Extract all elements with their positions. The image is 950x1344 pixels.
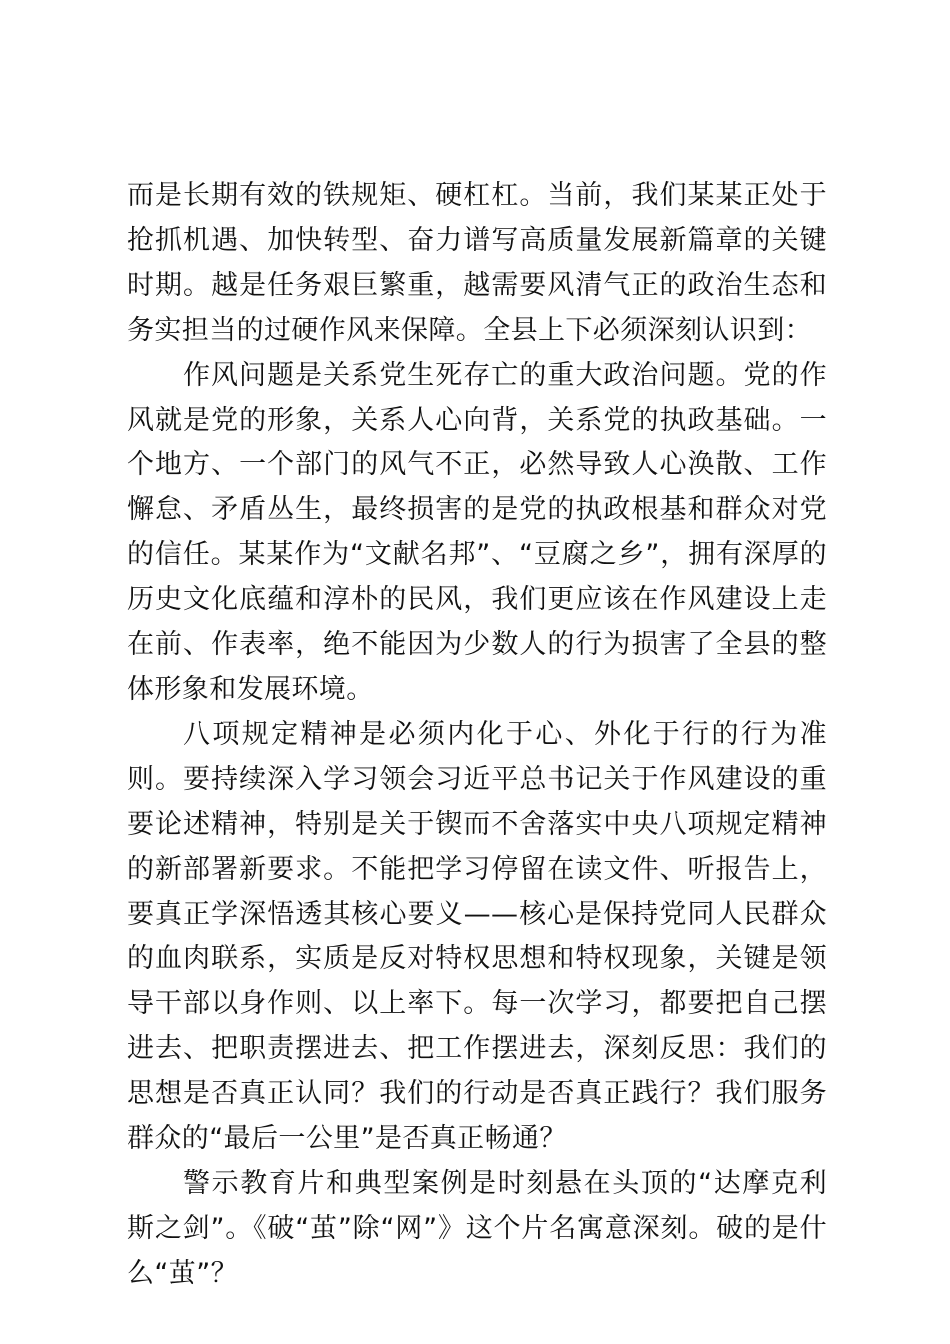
- paragraph-work-style: 作风问题是关系党生死存亡的重大政治问题。党的作风就是党的形象，关系人心向背，关系…: [127, 354, 827, 713]
- document-page: 而是长期有效的铁规矩、硬杠杠。当前，我们某某正处于抢抓机遇、加快转型、奋力谱写高…: [127, 174, 827, 1297]
- paragraph-warning-education: 警示教育片和典型案例是时刻悬在头顶的“达摩克利斯之剑”。《破“茧”除“网”》这个…: [127, 1162, 827, 1297]
- paragraph-intro: 而是长期有效的铁规矩、硬杠杠。当前，我们某某正处于抢抓机遇、加快转型、奋力谱写高…: [127, 174, 827, 354]
- paragraph-eight-rules: 八项规定精神是必须内化于心、外化于行的行为准则。要持续深入学习领会习近平总书记关…: [127, 713, 827, 1162]
